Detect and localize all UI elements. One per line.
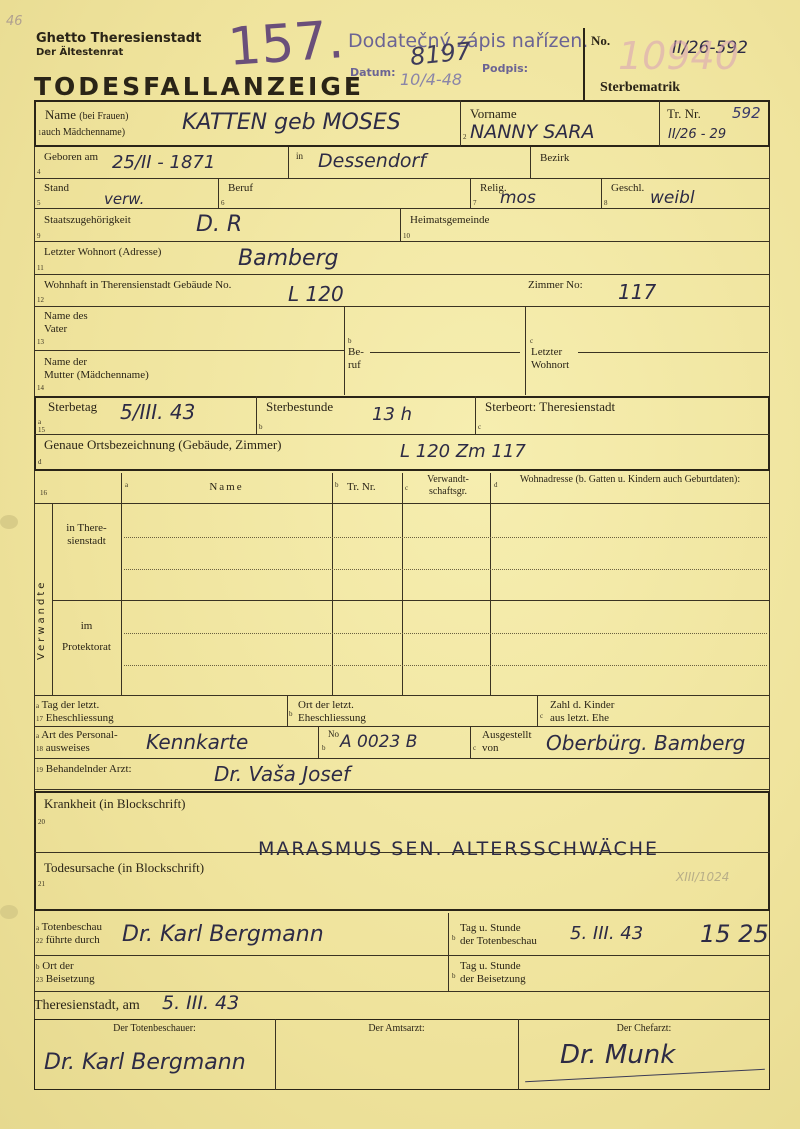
rel-col-1 (121, 473, 122, 695)
verwandte-side-label: Verwandte (36, 540, 47, 660)
rel-col-3 (402, 473, 403, 695)
beruf-label: Beruf (228, 182, 253, 195)
sterbetag-num: a15 (38, 418, 45, 434)
ausgestellt-sub: c (473, 744, 476, 752)
beruf-divider (470, 178, 471, 208)
mutter-label: Name derMutter (Mädchenname) (44, 356, 149, 381)
row-line (34, 178, 770, 179)
geboren-value: 25/II - 1871 (112, 152, 215, 173)
sterbestunde-label: Sterbestunde (266, 400, 333, 415)
geschl-label: Geschl. (611, 182, 644, 195)
arzt-value: Dr. Vaša Josef (214, 762, 350, 786)
rel-dotted-line (124, 569, 767, 570)
sterbetag-label: Sterbetag (48, 400, 97, 415)
row-line (34, 955, 770, 956)
name-label-sub: 1auch Mädchenname) (38, 127, 125, 139)
stamp-podpis-label: Podpis: (482, 62, 528, 75)
death-mid-line (34, 434, 770, 435)
place-date: 5. III. 43 (162, 992, 239, 1014)
rel-dotted-line (124, 537, 767, 538)
stand-divider (218, 178, 219, 208)
document-title: TODESFALLANZEIGE (34, 72, 364, 101)
group-protektorat-label: imProtektorat (52, 620, 121, 653)
tag-beschau-time: 15 25 (700, 920, 769, 948)
name-label: Name (bei Frauen) (45, 108, 128, 123)
relatives-num: 16 (40, 489, 47, 497)
in-value: Dessendorf (318, 150, 426, 172)
parents-mid-line (34, 350, 344, 351)
vater-label: Name desVater (44, 310, 88, 335)
binder-hole-mark (0, 515, 18, 529)
row-line (34, 306, 770, 307)
geboren-num: 4 (37, 168, 41, 176)
beruf-num: 6 (221, 199, 225, 207)
eltern-beruf-label: Be-ruf (348, 346, 364, 371)
wohnort-value: Bamberg (238, 246, 339, 271)
ausweis-divider-2 (470, 726, 471, 758)
no-label: No. (591, 34, 610, 49)
rel-col-name: Name (121, 481, 332, 494)
rel-col-c-sub: c (405, 484, 408, 492)
rel-col-2 (332, 473, 333, 695)
tag-beisetzung-sub: b (452, 972, 456, 980)
staat-divider (400, 208, 401, 241)
ausgestellt-value: Oberbürg. Bamberg (546, 731, 745, 755)
geboren-divider (288, 147, 289, 178)
row-line (34, 758, 770, 759)
relig-divider (601, 178, 602, 208)
totenbeschau-label: a Totenbeschau22 führte durch (36, 921, 102, 946)
place-label: Theresienstadt, am (34, 998, 140, 1014)
row-line (34, 208, 770, 209)
group-theresienstadt-label: in There-sienstadt (52, 522, 121, 547)
wohnort-line (578, 352, 768, 353)
ort-ehe-label: Ort der letzt.Eheschliessung (298, 699, 366, 724)
stand-num: 5 (37, 199, 41, 207)
stamp-handwritten-number: 8197 (409, 37, 473, 71)
pink-stamp-mark: 10940 (618, 34, 739, 78)
arzt-label: 19 Behandelnder Arzt: (36, 763, 132, 776)
rel-col-verwandt: Verwandt-schaftsgr. (410, 474, 486, 497)
ausweis-art-value: Kennkarte (146, 730, 248, 754)
zimmer-label: Zimmer No: (528, 279, 583, 292)
vater-num: 13 (37, 338, 44, 346)
name-divider (460, 100, 461, 147)
geschl-value: weibl (650, 188, 695, 208)
rel-dotted-line (124, 633, 767, 634)
row-line (34, 991, 770, 992)
stand-label: Stand (44, 182, 69, 195)
mutter-num: 14 (37, 384, 44, 392)
beruf-sub: b (348, 337, 352, 345)
wohnhaft-num: 12 (37, 296, 44, 304)
ortsbez-value: L 120 Zm 117 (400, 441, 526, 462)
rel-bottom-line (34, 695, 770, 696)
parents-divider-1 (344, 306, 345, 395)
sig-chefarzt-label: Der Chefarzt: (518, 1023, 770, 1035)
org-name: Ghetto Theresienstadt (36, 31, 201, 46)
corner-pencil-note: 46 (6, 14, 23, 29)
ausweis-no-sub: b (322, 744, 326, 752)
cause-value: MARASMUS SEN. ALTERSSCHWÄCHE (258, 838, 659, 860)
sterbematrik-label: Sterbematrik (600, 80, 680, 96)
staat-num: 9 (37, 232, 41, 240)
rel-col-wohnadresse: Wohnadresse (b. Gatten u. Kindern auch G… (500, 474, 760, 486)
vorname-label: Vorname (470, 107, 517, 122)
rel-col-b-sub: b (335, 481, 339, 489)
vorname-divider (659, 100, 660, 147)
death-divider-2 (475, 396, 476, 434)
tag-beschau-label: Tag u. Stundeder Totenbeschau (460, 922, 537, 947)
ausweis-art-label: a Art des Personal-18 ausweises (36, 729, 118, 754)
staat-value: D. R (196, 212, 242, 237)
name-value: KATTEN geb MOSES (182, 110, 401, 135)
tag-ehe-label: a Tag der letzt.17 Eheschliessung (36, 699, 114, 724)
trnr-value-top: 592 (732, 104, 761, 122)
relig-num: 7 (473, 199, 477, 207)
tag-beschau-value: 5. III. 43 (570, 923, 643, 944)
stamp-datum-value: 10/4-48 (400, 70, 462, 89)
bezirk-label: Bezirk (540, 152, 569, 165)
trnr-value-bottom: II/26 - 29 (668, 127, 726, 142)
inspection-divider (448, 913, 449, 991)
big-file-number: 157. (226, 10, 346, 78)
kinder-sub: c (540, 712, 543, 720)
parents-divider-2 (525, 306, 526, 395)
rel-header-line (34, 503, 770, 504)
geboren-label: Geboren am (44, 151, 98, 164)
ort-ehe-sub: b (289, 710, 293, 718)
rel-dotted-line (124, 665, 767, 666)
in-label: in (296, 151, 303, 161)
tag-beschau-sub: b (452, 934, 456, 942)
eltern-wohnort-label: LetzterWohnort (531, 346, 569, 371)
rel-col-trnr: Tr. Nr. (347, 481, 376, 494)
cause-pencil-note: XIII/1024 (676, 870, 729, 884)
zimmer-value: 117 (618, 280, 656, 304)
ausweis-no-label: No (328, 729, 339, 739)
rel-col-4 (490, 473, 491, 695)
wohnhaft-value: L 120 (288, 282, 344, 306)
sterbeort-sub: c (478, 423, 481, 431)
sterbetag-value: 5/III. 43 (120, 400, 195, 424)
heimat-num: 10 (403, 232, 410, 240)
tag-beisetzung-label: Tag u. Stundeder Beisetzung (460, 960, 526, 985)
sig-chefarzt-value: Dr. Munk (560, 1040, 675, 1070)
heimat-label: Heimatsgemeinde (410, 214, 489, 227)
kinder-label: Zahl d. Kinderaus letzt. Ehe (550, 699, 614, 724)
row-line (34, 274, 770, 275)
rel-group-divider (52, 600, 770, 601)
marriage-divider-1 (287, 695, 288, 726)
trnr-label: Tr. Nr. (667, 107, 701, 122)
row-line (34, 789, 770, 790)
header-divider (583, 28, 585, 100)
sterbestunde-value: 13 h (372, 404, 412, 425)
in-divider (530, 147, 531, 178)
todesursache-label: Todesursache (in Blockschrift) (44, 861, 204, 876)
binder-hole-mark (0, 905, 18, 919)
vorname-value: NANNY SARA (470, 121, 595, 143)
marriage-divider-2 (537, 695, 538, 726)
wohnort-label: Letzter Wohnort (Adresse) (44, 246, 161, 259)
sig-totenbeschauer-value: Dr. Karl Bergmann (44, 1050, 246, 1075)
row-line (34, 241, 770, 242)
krankheit-label: Krankheit (in Blockschrift) (44, 797, 186, 812)
ausweis-no-value: A 0023 B (340, 732, 417, 752)
ausweis-divider-1 (318, 726, 319, 758)
totenbeschau-value: Dr. Karl Bergmann (122, 922, 324, 947)
sterbeort-label: Sterbeort: Theresienstadt (485, 400, 615, 415)
wohnort-sub: c (530, 337, 533, 345)
death-notice-document: 46 Ghetto Theresienstadt Der Ältestenrat… (0, 0, 800, 1129)
ortsbez-label: Genaue Ortsbezeichnung (Gebäude, Zimmer) (44, 438, 282, 453)
staat-label: Staatszugehörigkeit (44, 214, 131, 227)
krankheit-num: 20 (38, 818, 45, 826)
council-name: Der Ältestenrat (36, 47, 123, 58)
todesursache-num: 21 (38, 880, 45, 888)
sig-amtsarzt-label: Der Amtsarzt: (275, 1023, 518, 1035)
relig-value: mos (500, 188, 536, 208)
beruf-line (370, 352, 520, 353)
rel-col-d-sub: d (494, 481, 498, 489)
geschl-num: 8 (604, 199, 608, 207)
stamp-datum-label: Datum: (350, 66, 396, 79)
ausgestellt-label: Ausgestelltvon (482, 729, 532, 754)
sig-totenbeschauer-label: Der Totenbeschauer: (34, 1023, 275, 1035)
vorname-num: 2 (463, 133, 467, 141)
death-divider-1 (256, 396, 257, 434)
ortsbez-sub: d (38, 458, 42, 466)
sterbestunde-sub: b (259, 423, 263, 431)
wohnort-num: 11 (37, 264, 44, 272)
stand-value: verw. (104, 190, 144, 208)
row-line (34, 726, 770, 727)
ort-beisetzung-label: b Ort der23 Beisetzung (36, 960, 95, 985)
wohnhaft-label: Wohnhaft in Therensienstadt Gebäude No. (44, 279, 231, 292)
